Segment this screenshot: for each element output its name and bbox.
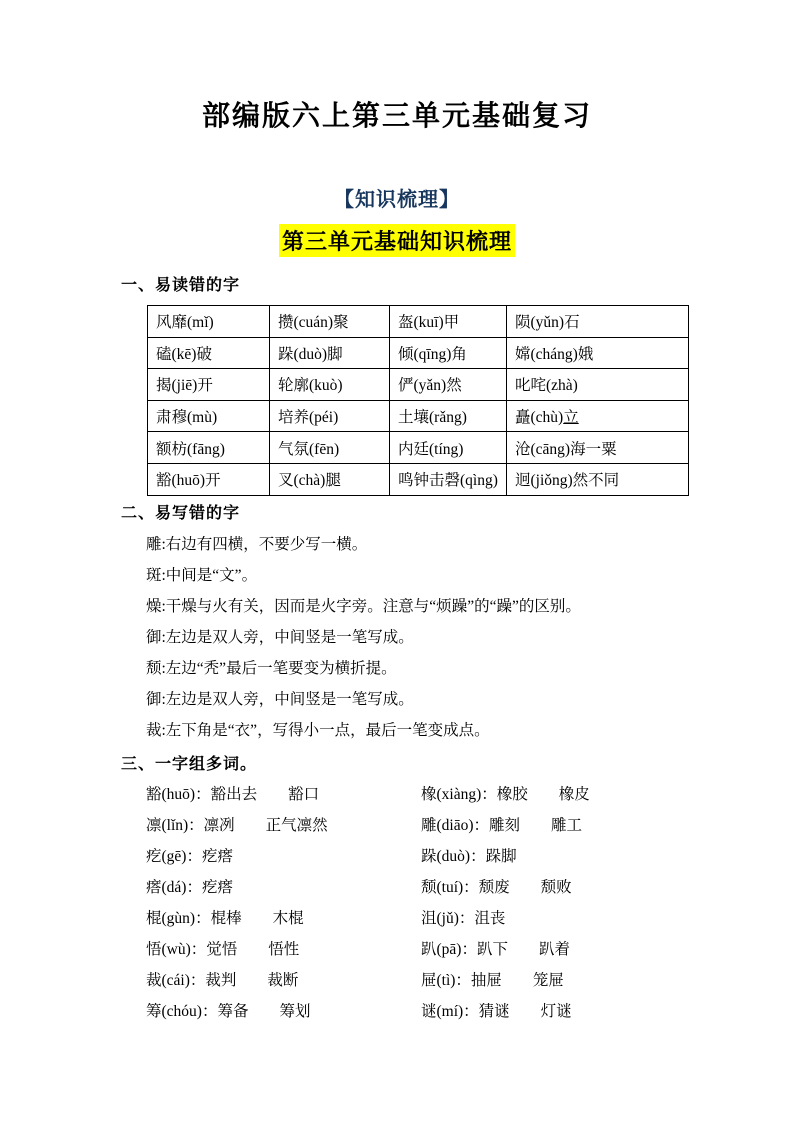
word-group-entry: 豁(huō)：豁出去 豁口 [146, 779, 421, 810]
table-cell: 磕(kē)破 [148, 337, 270, 369]
word-group-entry: 橡(xiàng)：橡胶 橡皮 [421, 779, 794, 810]
table-cell: 俨(yǎn)然 [390, 369, 507, 401]
unit-basics-highlight-heading: 第三单元基础知识梳理 [279, 224, 515, 257]
table-cell: 轮廓(kuò) [270, 369, 390, 401]
document-page: 部编版六上第三单元基础复习 【知识梳理】 第三单元基础知识梳理 一、易读错的字 … [0, 0, 794, 1123]
word-group-entry: 疙(gē)：疙瘩 [146, 841, 421, 872]
section3-heading: 三、一字组多词。 [0, 751, 794, 774]
table-cell: 风靡(mǐ) [148, 306, 270, 338]
note-line: 颓:左边“秃”最后一笔要变为横折提。 [0, 653, 794, 684]
table-cell: 土壤(rǎng) [390, 400, 507, 432]
word-group-entry: 沮(jǔ)：沮丧 [421, 903, 794, 934]
table-cell: 跺(duò)脚 [270, 337, 390, 369]
word-group-entry: 趴(pā)：趴下 趴着 [421, 934, 794, 965]
table-cell: 迥(jiǒng)然不同 [507, 463, 689, 495]
word-group-entry: 雕(diāo)：雕刻 雕工 [421, 810, 794, 841]
table-cell: 豁(huō)开 [148, 463, 270, 495]
table-cell: 叱咤(zhà) [507, 369, 689, 401]
table-cell: 内廷(tíng) [390, 432, 507, 464]
table-cell: 盔(kuī)甲 [390, 306, 507, 338]
table-cell: 攒(cuán)聚 [270, 306, 390, 338]
word-groups-left: 豁(huō)：豁出去 豁口凛(lǐn)：凛冽 正气凛然疙(gē)：疙瘩瘩(dá)… [146, 779, 421, 1027]
table-row: 额枋(fāng)气氛(fēn)内廷(tíng)沧(cāng)海一粟 [148, 432, 689, 464]
table-cell: 倾(qīng)角 [390, 337, 507, 369]
word-group-entry: 筹(chóu)：筹备 筹划 [146, 996, 421, 1027]
table-row: 磕(kē)破跺(duò)脚倾(qīng)角嫦(cháng)娥 [148, 337, 689, 369]
word-group-entry: 凛(lǐn)：凛冽 正气凛然 [146, 810, 421, 841]
table-cell: 气氛(fēn) [270, 432, 390, 464]
table-cell: 鸣钟击磬(qìng) [390, 463, 507, 495]
table-cell: 叉(chà)腿 [270, 463, 390, 495]
table-cell: 陨(yǔn)石 [507, 306, 689, 338]
misread-characters-table: 风靡(mǐ)攒(cuán)聚盔(kuī)甲陨(yǔn)石磕(kē)破跺(duò)… [147, 305, 689, 496]
word-groups: 豁(huō)：豁出去 豁口凛(lǐn)：凛冽 正气凛然疙(gē)：疙瘩瘩(dá)… [0, 779, 794, 1027]
section2-heading: 二、易写错的字 [0, 500, 794, 523]
word-group-entry: 跺(duò)：跺脚 [421, 841, 794, 872]
word-group-entry: 棍(gùn)：棍棒 木棍 [146, 903, 421, 934]
section1-heading: 一、易读错的字 [0, 272, 794, 295]
word-group-entry: 瘩(dá)：疙瘩 [146, 872, 421, 903]
table-cell: 沧(cāng)海一粟 [507, 432, 689, 464]
note-line: 斑:中间是“文”。 [0, 560, 794, 591]
note-line: 雕:右边有四横，不要少写一横。 [0, 529, 794, 560]
note-line: 御:左边是双人旁，中间竖是一笔写成。 [0, 684, 794, 715]
table-cell: 培养(péi) [270, 400, 390, 432]
table-cell: 嫦(cháng)娥 [507, 337, 689, 369]
table-row: 揭(jiē)开轮廓(kuò)俨(yǎn)然叱咤(zhà) [148, 369, 689, 401]
table-row: 风靡(mǐ)攒(cuán)聚盔(kuī)甲陨(yǔn)石 [148, 306, 689, 338]
note-line: 燥:干燥与火有关，因而是火字旁。注意与“烦躁”的“躁”的区别。 [0, 591, 794, 622]
table-cell: 揭(jiē)开 [148, 369, 270, 401]
miswritten-notes-list: 雕:右边有四横，不要少写一横。斑:中间是“文”。燥:干燥与火有关，因而是火字旁。… [0, 529, 794, 746]
word-group-entry: 悟(wù)：觉悟 悟性 [146, 934, 421, 965]
knowledge-review-heading: 【知识梳理】 [0, 183, 794, 212]
word-group-entry: 裁(cái)：裁判 裁断 [146, 965, 421, 996]
table-cell: 肃穆(mù) [148, 400, 270, 432]
word-group-entry: 谜(mí)：猜谜 灯谜 [421, 996, 794, 1027]
word-group-entry: 颓(tuí)：颓废 颓败 [421, 872, 794, 903]
table-row: 肃穆(mù)培养(péi)土壤(rǎng)矗(chù)立 [148, 400, 689, 432]
table-cell: 矗(chù)立 [507, 400, 689, 432]
note-line: 御:左边是双人旁，中间竖是一笔写成。 [0, 622, 794, 653]
highlight-heading-row: 第三单元基础知识梳理 [0, 224, 794, 257]
note-line: 裁:左下角是“衣”，写得小一点，最后一笔变成点。 [0, 715, 794, 746]
table-cell: 额枋(fāng) [148, 432, 270, 464]
word-groups-right: 橡(xiàng)：橡胶 橡皮雕(diāo)：雕刻 雕工跺(duò)：跺脚颓(tu… [421, 779, 794, 1027]
document-title: 部编版六上第三单元基础复习 [0, 0, 794, 134]
word-group-entry: 屉(tì)：抽屉 笼屉 [421, 965, 794, 996]
table-row: 豁(huō)开叉(chà)腿鸣钟击磬(qìng)迥(jiǒng)然不同 [148, 463, 689, 495]
